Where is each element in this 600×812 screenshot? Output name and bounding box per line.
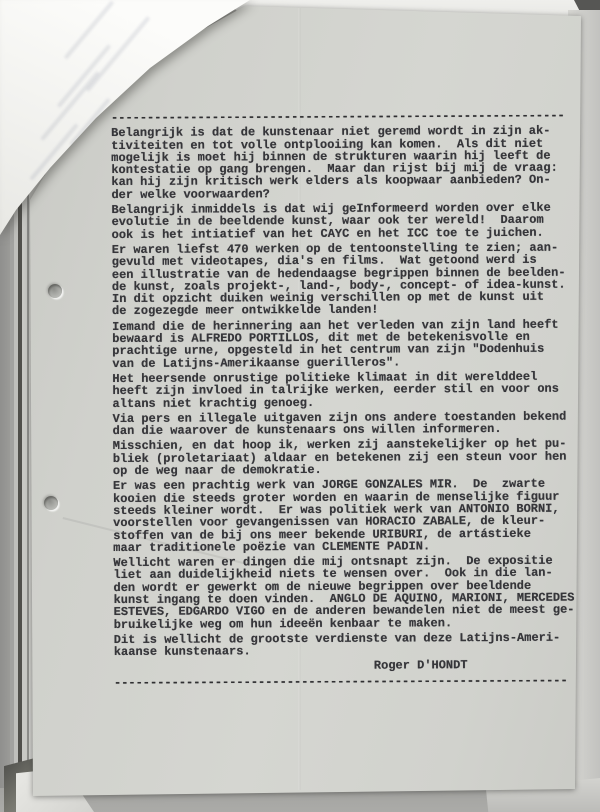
typed-content: ----------------------------------------… xyxy=(111,110,590,693)
paragraph-4: Iemand die de herinnering aan het verled… xyxy=(112,318,588,370)
separator-line-bottom: ----------------------------------------… xyxy=(114,674,590,689)
paragraph-9: Wellicht waren er dingen die mij ontsnap… xyxy=(113,555,589,631)
paragraph-6: Via pers en illegale uitgaven zijn ons a… xyxy=(113,410,589,437)
signature: Roger D'HONDT xyxy=(114,659,590,674)
paragraph-10: Dit is wellicht de grootste verdienste v… xyxy=(114,631,590,658)
separator-line-top: ----------------------------------------… xyxy=(111,110,587,125)
punch-hole-bottom xyxy=(44,496,58,510)
photo-of-typed-letter: ----------------------------------------… xyxy=(0,0,600,812)
paragraph-2: Belangrijk inmiddels is dat wij geInform… xyxy=(111,202,587,241)
paragraph-7: Misschien, en dat hoop ik, werken zij aa… xyxy=(113,438,589,477)
paragraph-8: Er was een prachtig werk van JORGE GONZA… xyxy=(113,478,589,554)
paragraph-5: Het heersende onrustige politieke klimaa… xyxy=(112,370,588,409)
punch-hole-top xyxy=(48,284,62,298)
paragraph-3: Er waren liefst 470 werken op de tentoon… xyxy=(112,241,588,317)
paragraph-1: Belangrijk is dat de kunstenaar niet ger… xyxy=(111,125,587,201)
